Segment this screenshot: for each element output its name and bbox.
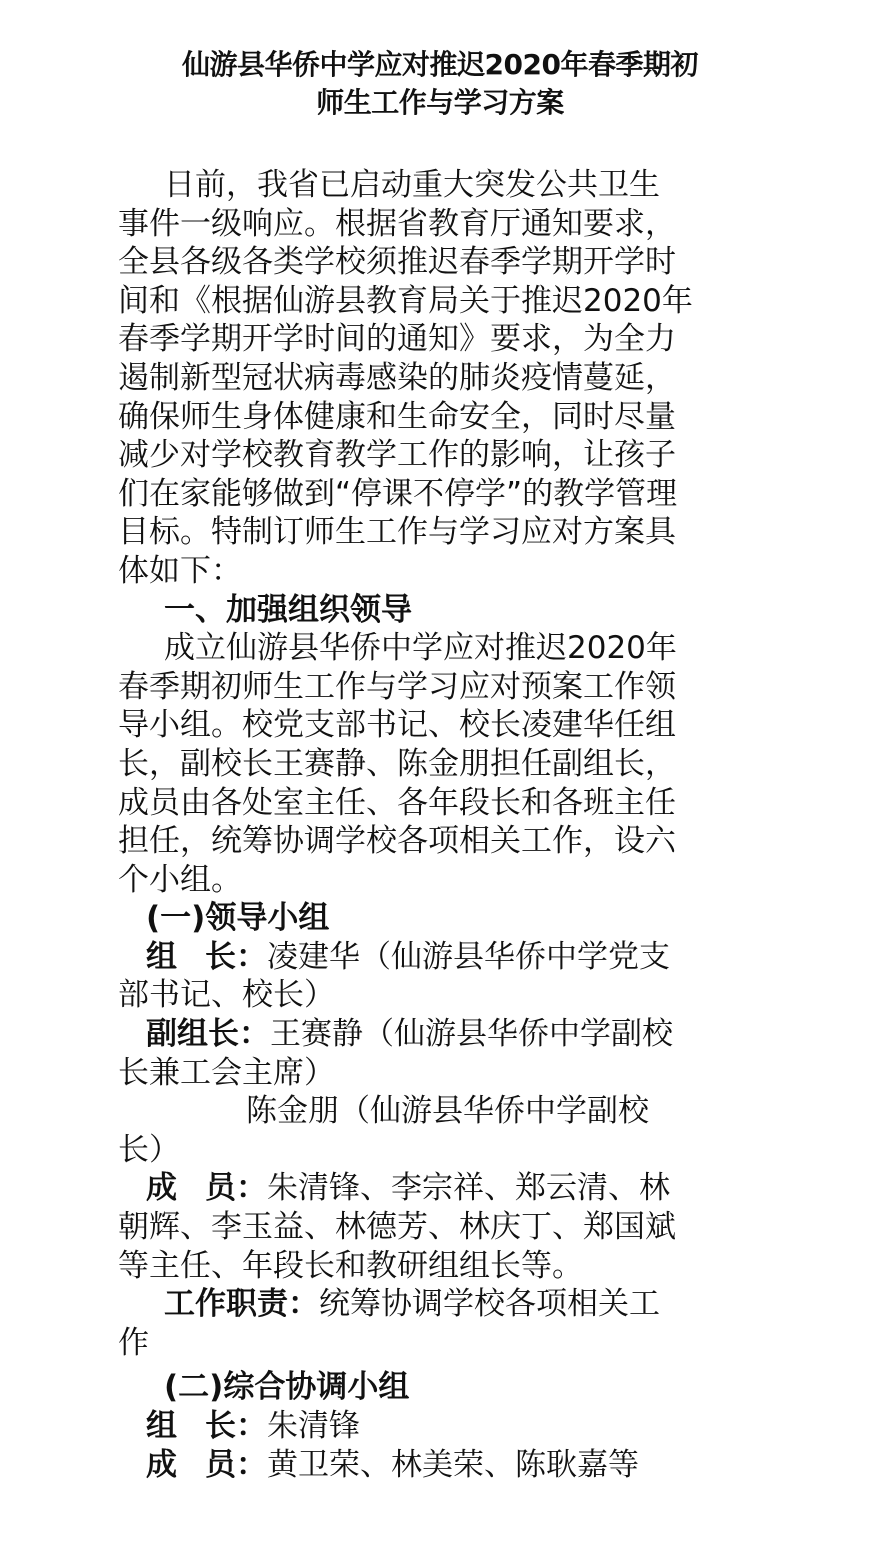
leader-row: 组长：凌建华（仙游县华侨中学党支: [118, 938, 762, 977]
members-row: 成员：朱清锋、李宗祥、郑云清、林: [118, 1169, 762, 1208]
subsection-heading: (二)综合协调小组: [118, 1368, 762, 1407]
deputy-value: 王赛静（仙游县华侨中学副校: [270, 1016, 673, 1052]
title-line-1: 仙游县华侨中学应对推迟2020年春季期初: [130, 46, 750, 84]
deputy-cont: 长兼工会主席）: [118, 1054, 762, 1093]
members-cont: 朝辉、李玉益、林德芳、林庆丁、郑国斌: [118, 1208, 762, 1247]
intro-line: 日前，我省已启动重大突发公共卫生: [118, 166, 762, 205]
intro-line: 遏制新型冠状病毒感染的肺炎疫情蔓延，: [118, 359, 762, 398]
intro-line: 减少对学校教育教学工作的影响，让孩子: [118, 436, 762, 475]
section-line: 担任，统筹协调学校各项相关工作，设六: [118, 822, 762, 861]
leader-value: 朱清锋: [267, 1408, 360, 1444]
members-row: 成员：黄卫荣、林美荣、陈耿嘉等: [118, 1446, 762, 1485]
section-line: 春季期初师生工作与学习应对预案工作领: [118, 668, 762, 707]
leader-cont: 部书记、校长）: [118, 976, 762, 1015]
members-value: 黄卫荣、林美荣、陈耿嘉等: [267, 1447, 639, 1483]
document-title: 仙游县华侨中学应对推迟2020年春季期初 师生工作与学习方案: [130, 46, 750, 122]
duty-label: 工作职责：: [164, 1286, 319, 1322]
leader-label: 组长：: [146, 1408, 267, 1444]
intro-line: 目标。特制订师生工作与学习应对方案具: [118, 513, 762, 552]
leader-row: 组长：朱清锋: [118, 1407, 762, 1446]
deputy2-cont: 长）: [118, 1131, 762, 1170]
deputy-row: 副组长：王赛静（仙游县华侨中学副校: [118, 1015, 762, 1054]
section-line: 成立仙游县华侨中学应对推迟2020年: [118, 629, 762, 668]
members-value: 朱清锋、李宗祥、郑云清、林: [267, 1170, 670, 1206]
subsection-heading: (一)领导小组: [118, 899, 762, 938]
duty-row: 工作职责：统筹协调学校各项相关工: [118, 1285, 762, 1324]
duty-value: 统筹协调学校各项相关工: [319, 1286, 660, 1322]
intro-line: 全县各级各类学校须推迟春季学期开学时: [118, 243, 762, 282]
duty-cont: 作: [118, 1324, 762, 1363]
section-line: 导小组。校党支部书记、校长凌建华任组: [118, 706, 762, 745]
members-cont: 等主任、年段长和教研组组长等。: [118, 1247, 762, 1286]
intro-line: 们在家能够做到“停课不停学”的教学管理: [118, 475, 762, 514]
document-body: 日前，我省已启动重大突发公共卫生 事件一级响应。根据省教育厅通知要求， 全县各级…: [118, 166, 762, 1484]
members-label: 成员：: [146, 1447, 267, 1483]
intro-line: 体如下：: [118, 552, 762, 591]
deputy-label: 副组长：: [146, 1016, 270, 1052]
document-page: 仙游县华侨中学应对推迟2020年春季期初 师生工作与学习方案 日前，我省已启动重…: [0, 0, 870, 1547]
section-line: 个小组。: [118, 861, 762, 900]
section-line: 成员由各处室主任、各年段长和各班主任: [118, 784, 762, 823]
deputy2-row: 陈金朋（仙游县华侨中学副校: [118, 1092, 762, 1131]
intro-line: 春季学期开学时间的通知》要求，为全力: [118, 320, 762, 359]
leader-label: 组长：: [146, 939, 267, 975]
title-line-2: 师生工作与学习方案: [130, 84, 750, 122]
leader-value: 凌建华（仙游县华侨中学党支: [267, 939, 670, 975]
section-heading: 一、加强组织领导: [118, 591, 762, 630]
members-label: 成员：: [146, 1170, 267, 1206]
intro-line: 间和《根据仙游县教育局关于推迟2020年: [118, 282, 762, 321]
intro-line: 确保师生身体健康和生命安全，同时尽量: [118, 398, 762, 437]
intro-line: 事件一级响应。根据省教育厅通知要求，: [118, 205, 762, 244]
section-line: 长，副校长王赛静、陈金朋担任副组长，: [118, 745, 762, 784]
